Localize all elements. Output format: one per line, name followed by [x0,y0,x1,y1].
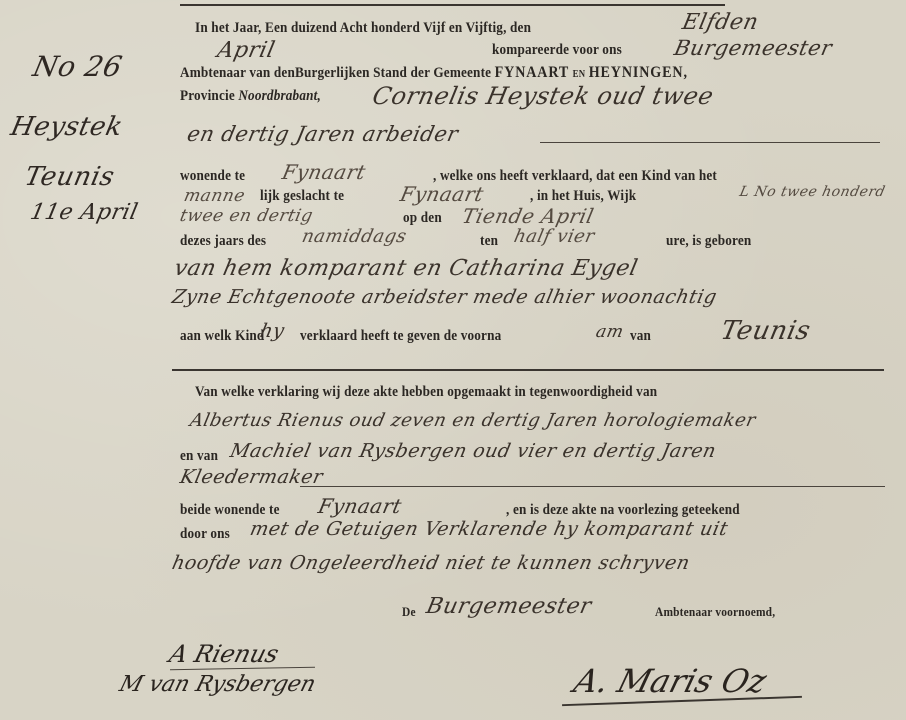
house-number-cont-handwritten: twee en dertig [178,206,315,226]
top-rule [180,4,725,6]
witness-intro-text: Van welke verklaring wij deze akte hebbe… [195,384,657,401]
geteekend-text: , en is deze akte na voorlezing geteeken… [506,502,740,519]
signing-note-handwritten: met de Getuigen Verklarende hy komparant… [248,518,730,540]
municipality-en: EN [573,69,586,80]
birthplace-handwritten: Fynaart [398,182,486,206]
wonende-te-text: wonende te [180,168,245,185]
beide-wonende-text: beide wonende te [180,502,280,519]
margin-surname: Heystek [8,112,126,142]
body-line-3: Ambtenaar van denBurgerlijken Stand der … [180,64,688,82]
verklaard-heeft-text: verklaard heeft te geven de voorna [300,328,501,345]
time-handwritten: half vier [512,226,597,247]
mother-details-handwritten: Zyne Echtgenoote arbeidster mede alhier … [170,286,719,308]
provincie-label: Provincie [180,88,235,104]
margin-given-name: Teunis [22,162,117,192]
aan-welk-kind-text: aan welk Kind [180,328,264,345]
parents-handwritten: van hem komparant en Catharina Eygel [172,256,640,281]
province-name: Noordbrabant, [238,88,321,104]
op-den-text: op den [403,210,442,227]
witness-1-handwritten: Albertus Rienus oud zeven en dertig Jare… [188,410,758,431]
residence-handwritten: Fynaart [280,160,368,184]
margin-record-number: No 26 [30,50,125,83]
witness-2-occupation-handwritten: Kleedermaker [178,466,325,488]
body-line-1: In het Jaar, Een duizend Acht honderd Vi… [195,20,531,37]
ten-text: ten [480,233,498,250]
line5-fill-rule [540,142,880,143]
van-text: van [630,328,651,345]
en-van-text: en van [180,448,218,465]
intro-text: In het Jaar, Een duizend Acht honderd Vi… [195,20,531,36]
time-of-day-handwritten: namiddags [300,226,409,247]
witness-2-handwritten: Machiel van Rysbergen oud vier en dertig… [228,440,718,462]
dezes-jaars-text: dezes jaars des [180,233,266,250]
house-number-handwritten: L No twee honderd [738,184,887,200]
child-name-handwritten: Teunis [718,316,813,346]
body-line-4: Provincie Noordbrabant, [180,88,321,105]
ambtenaar-voornoemd-text: Ambtenaar voornoemd, [655,604,775,620]
margin-date: 11e April [28,200,140,225]
geslacht-text: lijk geslacht te [260,188,344,205]
geboren-text: ure, is geboren [666,233,751,250]
closing-title-handwritten: Burgemeester [424,594,594,619]
witness-residence-handwritten: Fynaart [316,494,404,518]
door-ons-text: door ons [180,526,230,543]
hy-handwritten: hy [258,320,287,342]
signature-official: A. Maris Oz [570,662,771,700]
day-handwritten: Elfden [680,10,761,35]
municipality-1: FYNAART [495,64,569,81]
am-handwritten: am [594,322,626,342]
witness-fill-rule [300,486,885,487]
huis-wijk-text: , in het Huis, Wijk [530,188,636,205]
birth-date-handwritten: Tiende April [460,204,596,228]
illiteracy-note-handwritten: hoofde van Ongeleerdheid niet te kunnen … [170,552,692,574]
kompareerde-text: kompareerde voor ons [492,42,622,59]
official-title-handwritten: Burgemeester [672,36,834,60]
signature-witness-2: M van Rysbergen [117,672,319,697]
gender-handwritten: manne [182,186,247,206]
signature-witness-1: A Rienus [166,640,282,668]
month-handwritten: April [215,38,277,63]
municipality-2: HEYNINGEN, [589,64,688,81]
declarant-age-occupation: en dertig Jaren arbeider [185,122,461,146]
declarant-name-handwritten: Cornelis Heystek oud twee [370,82,716,110]
ambtenaar-text: Ambtenaar van denBurgerlijken Stand der … [180,65,491,81]
closing-de-text: De [402,604,416,620]
section-divider-rule [172,369,884,371]
